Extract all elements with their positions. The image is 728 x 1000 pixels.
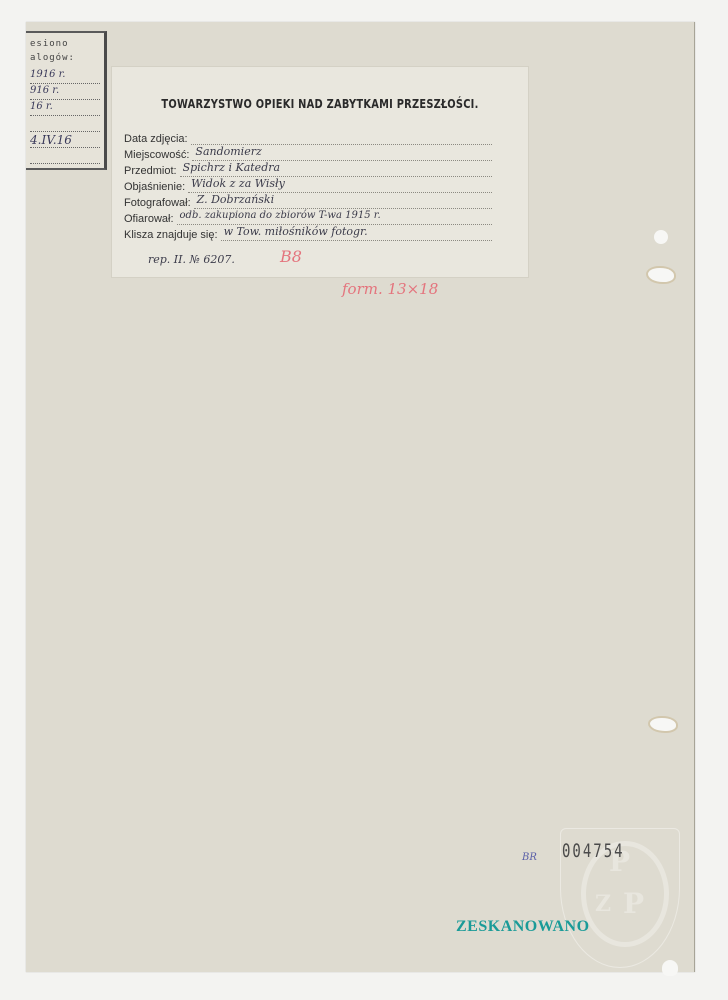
field-donor: Ofiarował: odb. zakupiona do zbiorów T-w… [124,209,492,225]
stamp-entry [30,117,100,132]
catalog-stamp-box: esiono alogów: 1916 r. 916 r. 16 r. 4.IV… [26,31,107,170]
inventory-note: rep. II. № 6207. [148,253,235,266]
field-location: Miejscowość: Sandomierz [124,145,492,161]
punch-hole [654,230,668,244]
field-photographer: Fotografował: Z. Dobrzański [124,193,492,209]
torn-punch-hole [648,268,674,282]
torn-punch-hole [650,718,676,731]
field-value: odb. zakupiona do zbiorów T-wa 1915 r. [177,210,492,225]
society-title: TOWARZYSTWO OPIEKI NAD ZABYTKAMI PRZESZŁ… [149,97,490,111]
watermark-letter: Z [595,891,611,917]
serial-number-stamp: 004754 [562,842,625,863]
field-label: Klisza znajduje się: [124,229,221,241]
field-value: Spichrz i Katedra [180,162,492,177]
stamp-header-line2: alogów: [30,53,100,67]
stamp-entry: 1916 r. [30,69,100,84]
field-subject: Przedmiot: Spichrz i Katedra [124,161,492,177]
red-code-mark: B8 [280,247,302,266]
format-annotation: form. 13×18 [342,280,438,298]
field-value: Widok z za Wisły [188,178,492,193]
stamp-entry [30,149,100,164]
field-label: Data zdjęcia: [124,133,191,145]
field-label: Miejscowość: [124,149,192,161]
field-description: Objaśnienie: Widok z za Wisły [124,177,492,193]
field-value: Z. Dobrzański [194,194,492,209]
field-label: Ofiarował: [124,213,177,225]
field-negative-location: Klisza znajduje się: w Tow. miłośników f… [124,225,492,241]
field-label: Fotografował: [124,197,194,209]
catalog-label-card: TOWARZYSTWO OPIEKI NAD ZABYTKAMI PRZESZŁ… [111,66,529,278]
archival-card-page: esiono alogów: 1916 r. 916 r. 16 r. 4.IV… [26,22,695,972]
watermark-letter: P [623,887,644,920]
field-photo-date: Data zdjęcia: [124,129,492,145]
field-value: w Tow. miłośników fotogr. [221,226,492,241]
br-mark: BR [522,852,537,863]
stamp-entry: 916 r. [30,85,100,100]
field-value: Sandomierz [192,146,492,161]
field-value [191,130,492,145]
stamp-entry: 16 r. [30,101,100,116]
stamp-header-line1: esiono [30,39,100,53]
scanned-stamp: ZESKANOWANO [456,918,590,936]
punch-hole [662,960,678,976]
stamp-entry: 4.IV.16 [30,133,100,148]
field-label: Objaśnienie: [124,181,188,193]
field-label: Przedmiot: [124,165,180,177]
